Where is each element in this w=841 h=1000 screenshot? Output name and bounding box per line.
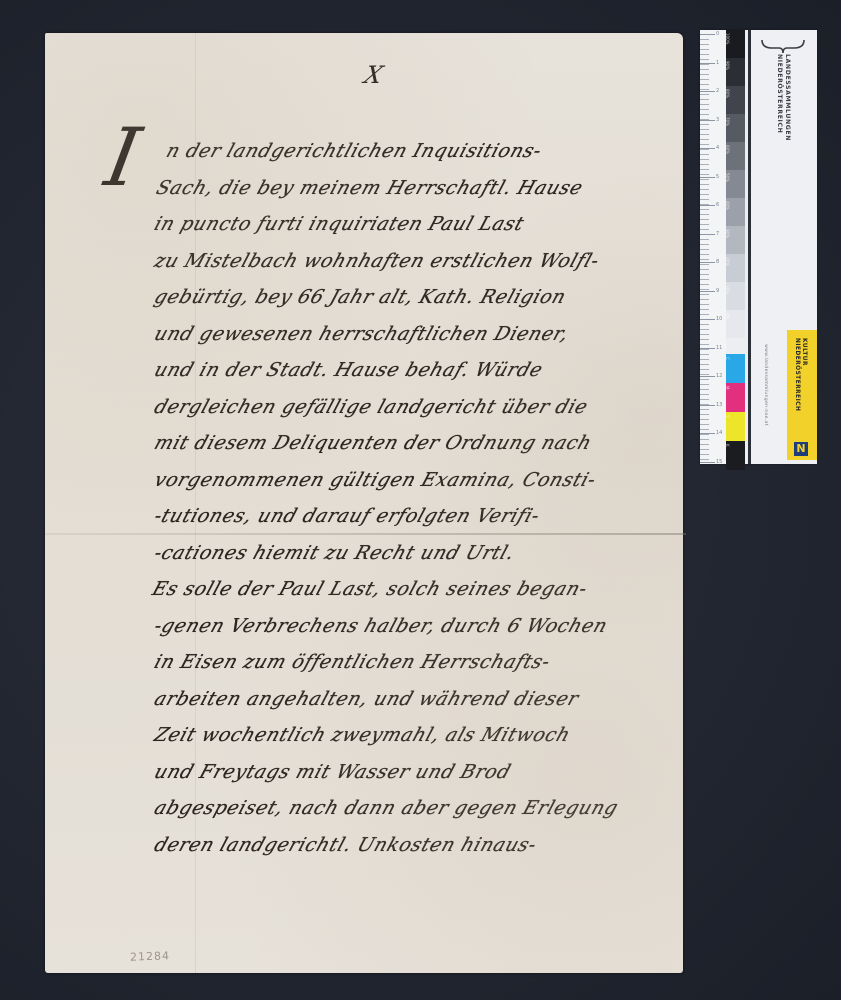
text-line: -cationes hiemit zu Recht und Urtl. bbox=[109, 535, 681, 572]
text-line: deren landgerichtl. Unkosten hinaus- bbox=[109, 827, 681, 864]
ruler-number: 2 bbox=[716, 88, 719, 94]
ruler-number: 3 bbox=[716, 117, 719, 123]
text-line: Sach, die bey meinem Herrschaftl. Hause bbox=[109, 170, 681, 207]
text-line: und gewesenen herrschaftlichen Diener, bbox=[109, 316, 681, 353]
patch-label: 70% bbox=[725, 117, 730, 126]
gray-patch: 20% bbox=[726, 254, 745, 282]
ruler-major-tick bbox=[700, 234, 715, 235]
ruler-number: 1 bbox=[716, 60, 719, 66]
patch-label: C bbox=[725, 357, 730, 360]
color-patch: K bbox=[726, 441, 745, 470]
color-calibration-target: 0123456789101112131415 100%90%80%70%60%5… bbox=[700, 30, 817, 464]
kultur-badge: KULTUR NIEDERÖSTERREICH N bbox=[787, 330, 817, 460]
text-line: und in der Stadt. Hause behaf. Würde bbox=[109, 352, 681, 389]
ruler: 0123456789101112131415 bbox=[700, 30, 726, 464]
gray-patch: 30% bbox=[726, 226, 745, 254]
ruler-major-tick bbox=[700, 148, 715, 149]
text-line: in Eisen zum öffentlichen Herrschafts- bbox=[109, 644, 681, 681]
gray-patch: 60% bbox=[726, 142, 745, 170]
brand-name: LANDESSAMMLUNGEN NIEDERÖSTERREICH bbox=[775, 54, 791, 141]
manuscript-page: X I n der landgerichtlichen Inquisitions… bbox=[45, 33, 683, 973]
ruler-major-tick bbox=[700, 376, 715, 377]
target-label-panel: LANDESSAMMLUNGEN NIEDERÖSTERREICH www.la… bbox=[751, 30, 817, 464]
text-line: in puncto furti inquiriaten Paul Last bbox=[109, 206, 681, 243]
patch-label: 50% bbox=[725, 173, 730, 182]
text-line: dergleichen gefällige landgericht über d… bbox=[109, 389, 681, 426]
ruler-number: 4 bbox=[716, 145, 719, 151]
ruler-number: 11 bbox=[716, 345, 722, 351]
ruler-major-tick bbox=[700, 205, 715, 206]
ruler-major-tick bbox=[700, 348, 715, 349]
gray-scale-strip: 100%90%80%70%60%50%40%30%20%10%0%CMYK bbox=[726, 30, 745, 464]
text-line: n der landgerichtlichen Inquisitions- bbox=[109, 133, 681, 170]
patch-label: K bbox=[725, 444, 730, 447]
ruler-major-tick bbox=[700, 319, 715, 320]
text-line: Zeit wochentlich zweymahl, als Mitwoch bbox=[109, 717, 681, 754]
patch-label: Y bbox=[725, 415, 730, 417]
patch-label: 20% bbox=[725, 257, 730, 266]
text-line: mit diesem Deliquenten der Ordnung nach bbox=[109, 425, 681, 462]
patch-label: 80% bbox=[725, 89, 730, 98]
ruler-number: 14 bbox=[716, 430, 722, 436]
page-mark: X bbox=[361, 61, 386, 89]
text-line: und Freytags mit Wasser und Brod bbox=[109, 754, 681, 791]
brace-logo-icon bbox=[760, 38, 806, 54]
patch-label: 0% bbox=[725, 313, 730, 319]
text-line: abgespeiset, nach dann aber gegen Erlegu… bbox=[109, 790, 681, 827]
ruler-major-tick bbox=[700, 63, 715, 64]
kultur-text: KULTUR NIEDERÖSTERREICH bbox=[793, 338, 807, 411]
ruler-number: 7 bbox=[716, 231, 719, 237]
ruler-major-tick bbox=[700, 462, 715, 463]
text-line: -genen Verbrechens halber, durch 6 Woche… bbox=[109, 608, 681, 645]
handwritten-text: I n der landgerichtlichen Inquisitions- … bbox=[115, 133, 675, 863]
ruler-number: 6 bbox=[716, 202, 719, 208]
patch-label: 100% bbox=[725, 33, 730, 44]
text-line: zu Mistelbach wohnhaften erstlichen Wolf… bbox=[109, 243, 681, 280]
gray-patch: 90% bbox=[726, 58, 745, 86]
color-patch: M bbox=[726, 383, 745, 412]
ruler-number: 0 bbox=[716, 31, 719, 37]
ruler-major-tick bbox=[700, 262, 715, 263]
color-patch: Y bbox=[726, 412, 745, 441]
ruler-major-tick bbox=[700, 120, 715, 121]
ruler-number: 5 bbox=[716, 174, 719, 180]
text-line: arbeiten angehalten, und während dieser bbox=[109, 681, 681, 718]
text-line: -tutiones, und darauf erfolgten Verifi- bbox=[109, 498, 681, 535]
color-patch: C bbox=[726, 354, 745, 383]
ruler-major-tick bbox=[700, 34, 715, 35]
patch-label: 60% bbox=[725, 145, 730, 154]
ruler-number: 13 bbox=[716, 402, 722, 408]
patch-label: 10% bbox=[725, 285, 730, 294]
ruler-number: 10 bbox=[716, 316, 722, 322]
gray-patch: 40% bbox=[726, 198, 745, 226]
ruler-major-tick bbox=[700, 291, 715, 292]
gray-patch: 100% bbox=[726, 30, 745, 58]
ruler-number: 8 bbox=[716, 259, 719, 265]
patch-label: 30% bbox=[725, 229, 730, 238]
patch-gap bbox=[726, 338, 745, 354]
ruler-major-tick bbox=[700, 405, 715, 406]
gray-patch: 50% bbox=[726, 170, 745, 198]
ruler-number: 15 bbox=[716, 459, 722, 465]
brand-url: www.landessammlungen-noe.at bbox=[763, 344, 768, 426]
ruler-major-tick bbox=[700, 433, 715, 434]
patch-label: 90% bbox=[725, 61, 730, 70]
text-line: Es solle der Paul Last, solch seines beg… bbox=[109, 571, 681, 608]
patch-label: M bbox=[725, 386, 730, 389]
ruler-number: 9 bbox=[716, 288, 719, 294]
ruler-number: 12 bbox=[716, 373, 722, 379]
ruler-major-tick bbox=[700, 91, 715, 92]
gray-patch: 70% bbox=[726, 114, 745, 142]
patch-label: 40% bbox=[725, 201, 730, 210]
archive-number: 21284 bbox=[130, 949, 170, 963]
ruler-major-tick bbox=[700, 177, 715, 178]
gray-patch: 80% bbox=[726, 86, 745, 114]
gray-patch: 10% bbox=[726, 282, 745, 310]
gray-patch: 0% bbox=[726, 310, 745, 338]
text-line: gebürtig, bey 66 Jahr alt, Kath. Religio… bbox=[109, 279, 681, 316]
text-line: vorgenommenen gültigen Examina, Consti- bbox=[109, 462, 681, 499]
noe-logo-icon: N bbox=[794, 442, 808, 456]
